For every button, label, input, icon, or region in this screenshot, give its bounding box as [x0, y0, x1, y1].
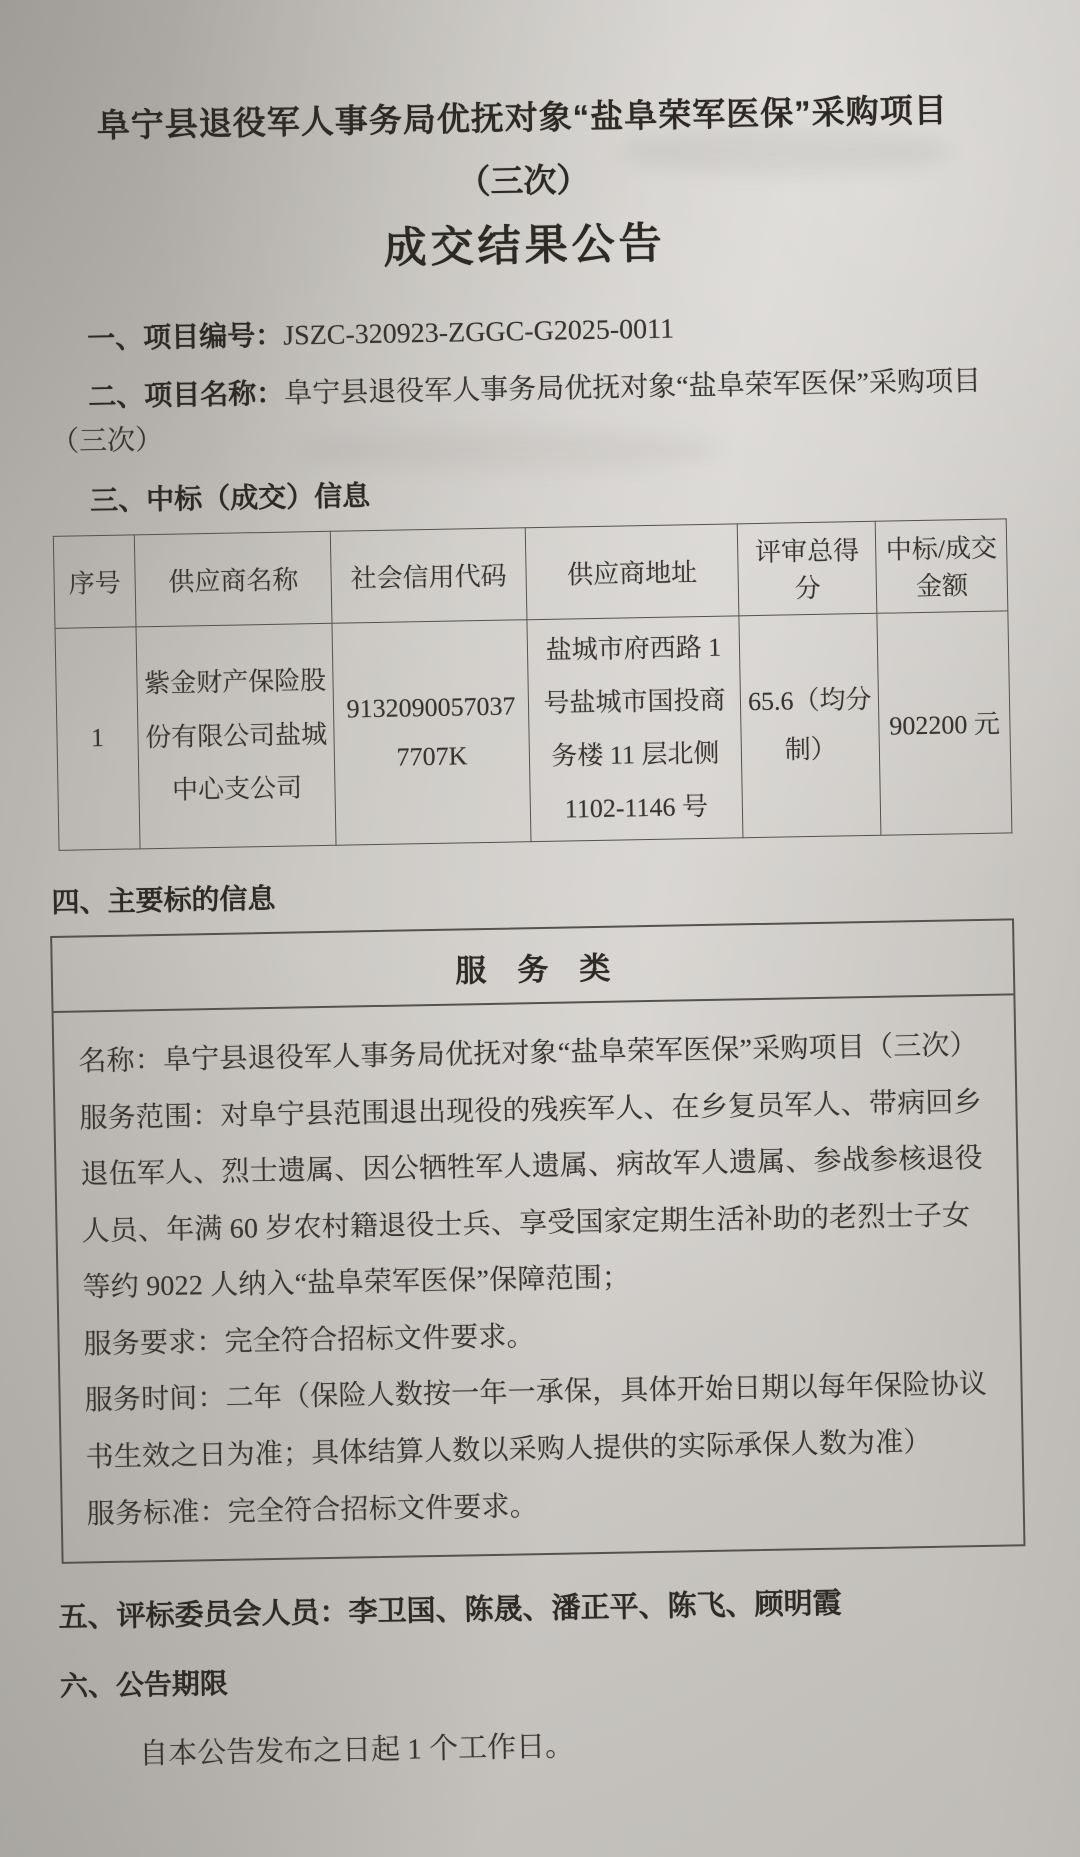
cell-seq: 1	[55, 626, 140, 850]
section-heading-subject-info: 四、主要标的信息	[51, 863, 1014, 924]
award-table-header-row: 序号 供应商名称 社会信用代码 供应商地址 评审总得分 中标/成交金额	[53, 518, 1008, 627]
award-table-row: 1 紫金财产保险股份有限公司盐城中心支公司 91320900570377707K…	[55, 610, 1012, 850]
subject-info-box: 服 务 类 名称：阜宁县退役军人事务局优抚对象“盐阜荣军医保”采购项目（三次） …	[50, 918, 1025, 1563]
committee-line: 五、评标委员会人员：李卫国、陈晟、潘正平、陈飞、顾明霞	[58, 1578, 1027, 1641]
cell-score: 65.6（均分制）	[739, 613, 881, 838]
section-heading-notice-period: 六、公告期限	[60, 1647, 1029, 1708]
document-title-line3: 成交结果公告	[47, 203, 1002, 281]
cell-supplier: 紫金财产保险股份有限公司盐城中心支公司	[136, 623, 336, 849]
section-heading-award-info: 三、中标（成交）信息	[52, 463, 1007, 524]
project-number-value: JSZC-320923-ZGGC-G2025-0011	[283, 313, 674, 351]
subject-item-scope: 服务范围：对阜宁县范围退出现役的残疾军人、在乡复员军人、带病回乡退伍军人、烈士遗…	[79, 1074, 995, 1317]
project-number-label: 一、项目编号：	[87, 320, 284, 355]
col-header-address: 供应商地址	[525, 523, 739, 619]
committee-label: 五、评标委员会人员：	[58, 1597, 349, 1634]
col-header-score: 评审总得分	[737, 521, 877, 616]
document-title-line1: 阜宁县退役军人事务局优抚对象“盐阜荣军医保”采购项目	[45, 83, 1000, 147]
col-header-credit-code: 社会信用代码	[331, 527, 527, 623]
document-page: 阜宁县退役军人事务局优抚对象“盐阜荣军医保”采购项目 （三次） 成交结果公告 一…	[0, 0, 1080, 1780]
col-header-supplier: 供应商名称	[134, 531, 332, 627]
committee-members: 李卫国、陈晟、潘正平、陈飞、顾明霞	[348, 1588, 842, 1629]
cell-address: 盐城市府西路 1 号盐城市国投商务楼 11 层北侧 1102-1146 号	[527, 615, 744, 841]
project-name-line: 二、项目名称：阜宁县退役军人事务局优抚对象“盐阜荣军医保”采购项目（三次）	[50, 359, 1005, 464]
subject-box-body: 名称：阜宁县退役军人事务局优抚对象“盐阜荣军医保”采购项目（三次） 服务范围：对…	[54, 995, 1024, 1561]
cell-credit-code: 91320900570377707K	[332, 619, 530, 845]
project-name-label: 二、项目名称：	[88, 378, 285, 413]
cell-amount: 902200 元	[877, 610, 1012, 835]
award-table: 序号 供应商名称 社会信用代码 供应商地址 评审总得分 中标/成交金额 1 紫金…	[53, 518, 1013, 851]
document-title-line2: （三次）	[46, 146, 1001, 210]
col-header-seq: 序号	[53, 534, 136, 627]
col-header-amount: 中标/成交金额	[876, 518, 1008, 612]
subject-item-duration: 服务时间：二年（保险人数按一年一承保，具体开始日期以每年保险协议书生效之日为准；…	[84, 1357, 998, 1487]
project-number-line: 一、项目编号：JSZC-320923-ZGGC-G2025-0011	[49, 300, 1004, 362]
